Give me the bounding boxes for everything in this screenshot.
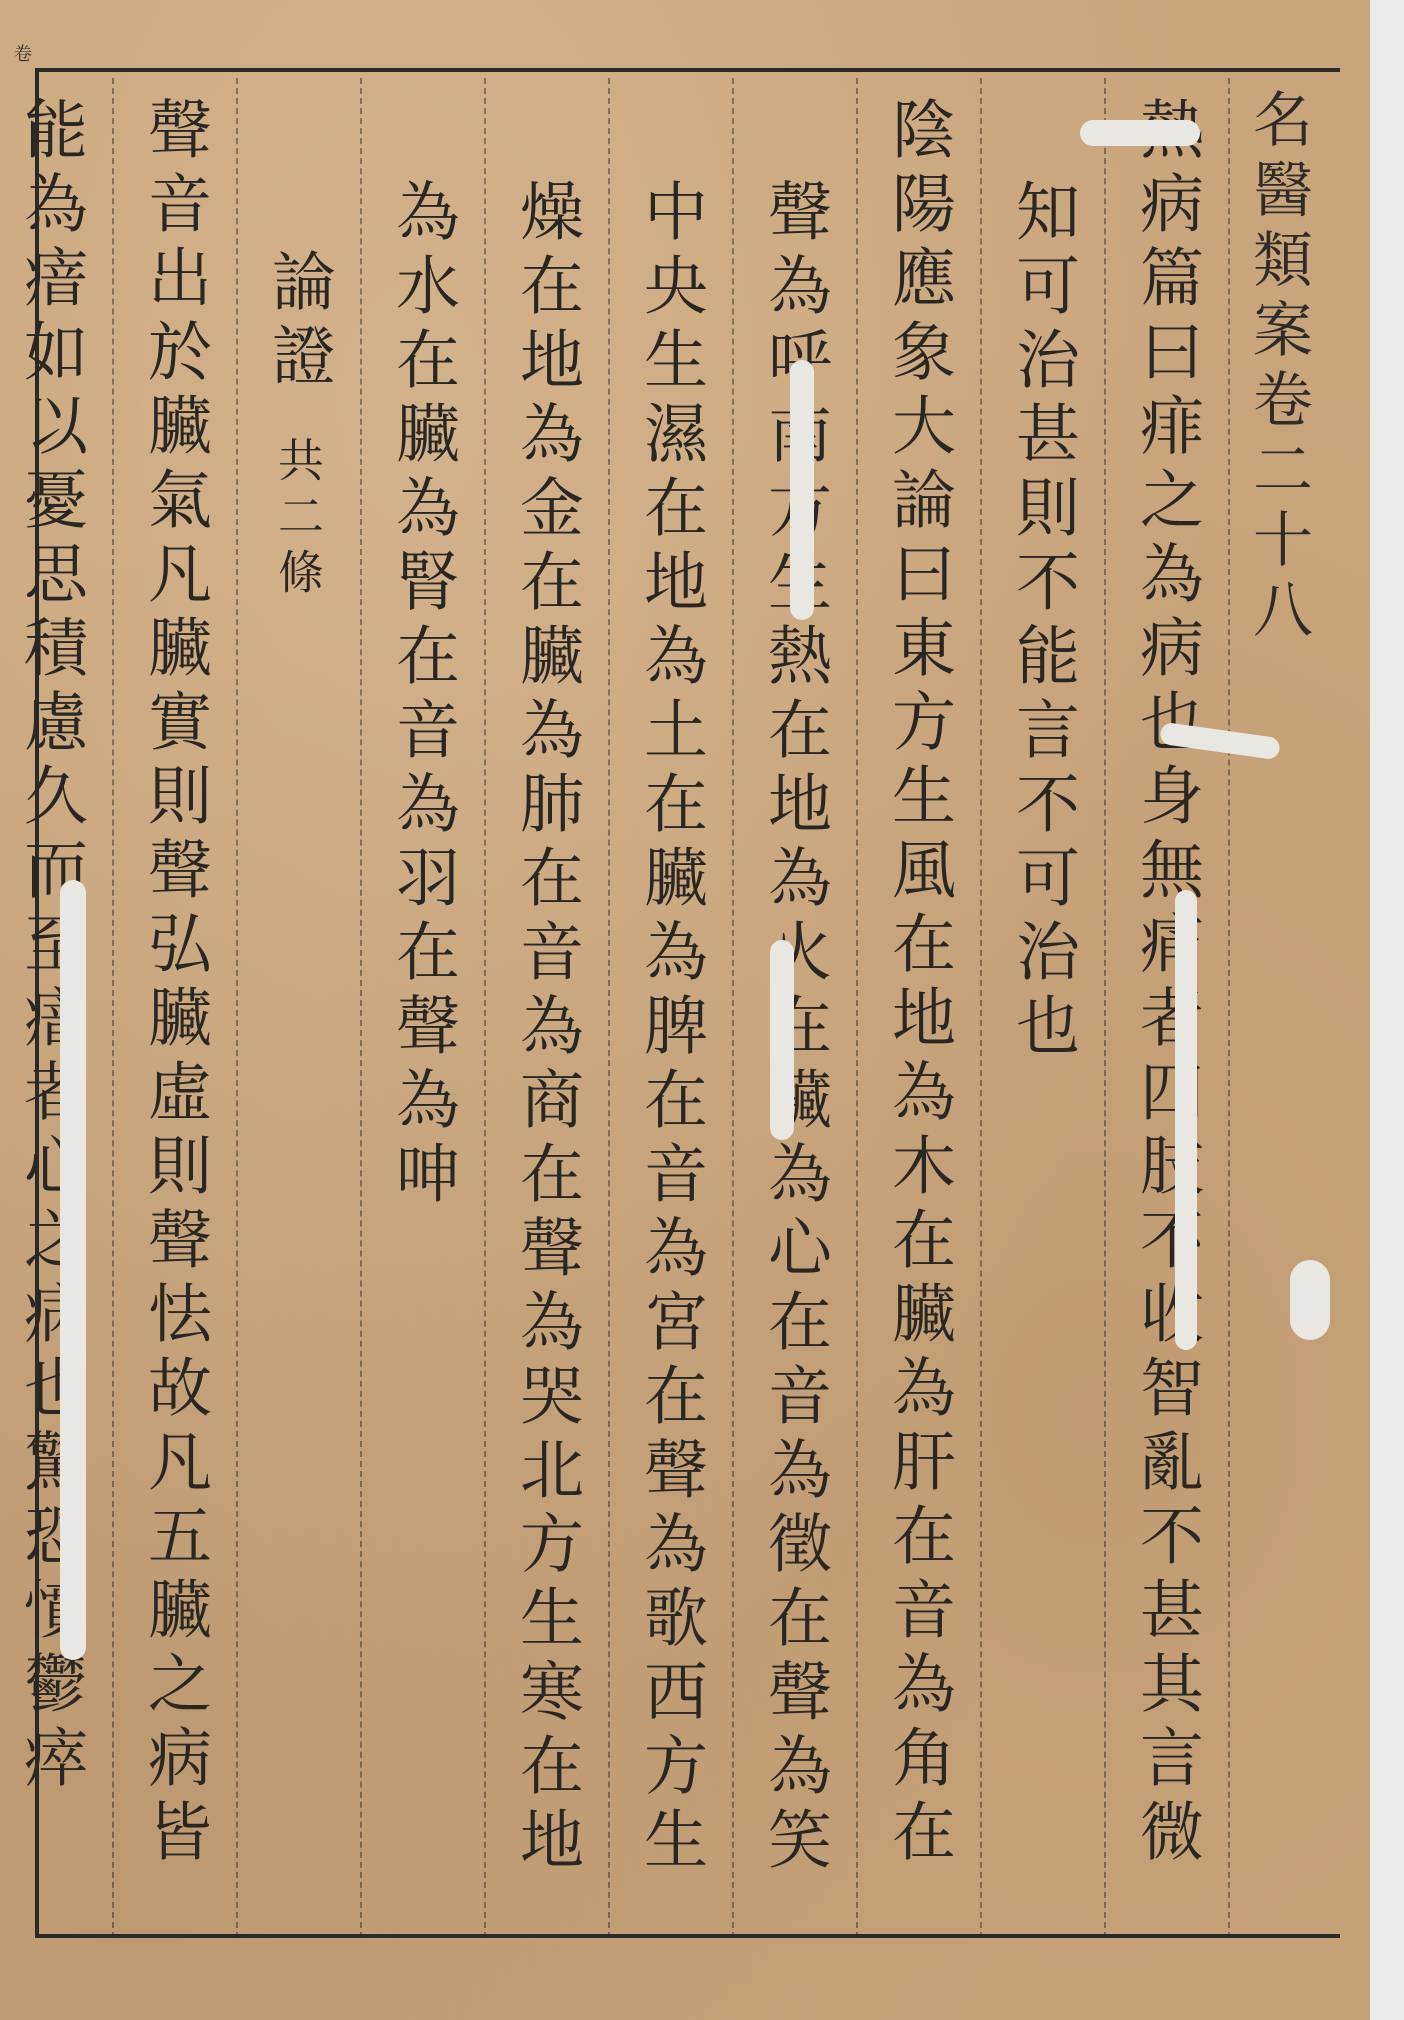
text-column-5: 中央生濕在地為土在臟為脾在音為宮在聲為歌西方生 (608, 78, 732, 1938)
book-page: 卷 名醫類案卷二十八 熱病篇曰痱之為病也身無痛者四肢不收智亂不甚其言微 知可治甚… (0, 0, 1370, 2020)
header-column: 名醫類案卷二十八 (1228, 78, 1340, 1938)
text-column-3: 陰陽應象大論曰東方生風在地為木在臟為肝在音為角在 (856, 78, 980, 1938)
text-column-2: 知可治甚則不能言不可治也 (980, 78, 1104, 1938)
text-column-7: 為水在臟為腎在音為羽在聲為呻 (360, 78, 484, 1938)
wormhole-damage (790, 360, 814, 620)
text-column-9: 聲音出於臟氣凡臟實則聲弘臟虛則聲怯故凡五臟之病皆 (112, 78, 236, 1938)
section-heading: 論證 (261, 248, 335, 396)
wormhole-damage (1290, 1260, 1330, 1340)
wormhole-damage (770, 940, 794, 1140)
scan-edge (1370, 0, 1404, 2020)
text-column-10: 能為瘖如以憂思積慮久而至瘖者心之病也驚恐憤鬱瘁 (0, 78, 112, 1938)
wormhole-damage (1080, 120, 1200, 146)
section-count: 共二條 (236, 436, 360, 604)
text-column-4: 聲為呼南方生熱在地為火在臟為心在音為徵在聲為笑 (732, 78, 856, 1938)
text-column-1: 熱病篇曰痱之為病也身無痛者四肢不收智亂不甚其言微 (1104, 78, 1228, 1938)
text-column-6: 燥在地為金在臟為肺在音為商在聲為哭北方生寒在地 (484, 78, 608, 1938)
section-heading-column: 論證共二條 (236, 78, 360, 1938)
wormhole-damage (1175, 890, 1197, 1350)
text-columns: 名醫類案卷二十八 熱病篇曰痱之為病也身無痛者四肢不收智亂不甚其言微 知可治甚則不… (50, 78, 1340, 1938)
wormhole-damage (60, 880, 86, 1660)
book-title: 名醫類案卷二十八 (1243, 88, 1313, 648)
margin-note: 卷 (14, 40, 33, 66)
